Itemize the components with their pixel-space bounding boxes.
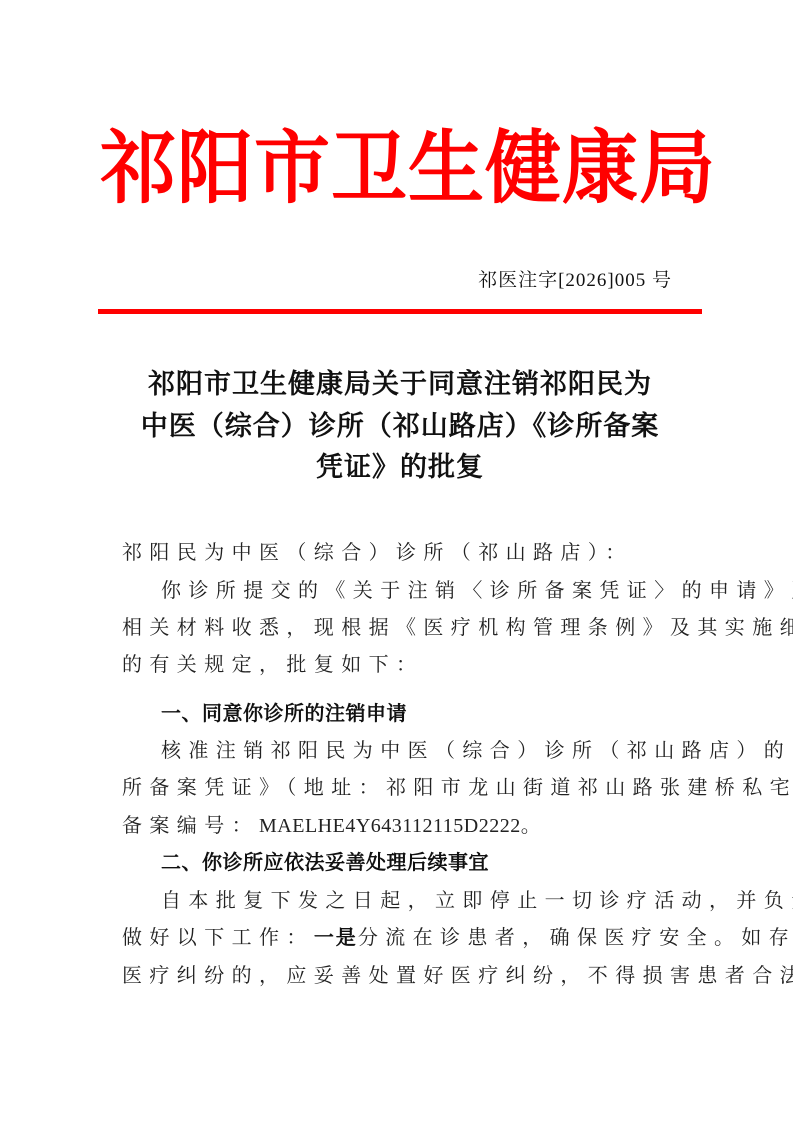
section-1-line: 所备案凭证》（地址：祁阳市龙山街道祁山路张建桥私宅），: [122, 773, 682, 801]
section-2-bold-marker: 一是: [314, 925, 358, 949]
section-2-line: 自本批复下发之日起，立即停止一切诊疗活动，并负责: [122, 886, 721, 914]
title-line: 祁阳市卫生健康局关于同意注销祁阳民为: [110, 364, 690, 406]
document-number: 祁医注字[2026]005 号: [478, 268, 672, 294]
masthead-issuer: 祁阳市卫生健康局: [100, 116, 700, 221]
record-number-label: 备案编号：: [122, 813, 259, 837]
section-2-line: 做好以下工作：一是分流在诊患者，确保医疗安全。如存在: [122, 923, 682, 951]
section-2-line: 医疗纠纷的，应妥善处置好医疗纠纷，不得损害患者合法权: [122, 961, 682, 989]
intro-line: 相关材料收悉，现根据《医疗机构管理条例》及其实施细则: [122, 613, 682, 641]
document-page: 祁阳市卫生健康局 祁医注字[2026]005 号 祁阳市卫生健康局关于同意注销祁…: [0, 0, 793, 1122]
red-divider-rule: [98, 309, 702, 314]
intro-line: 你诊所提交的《关于注销〈诊所备案凭证〉的申请》及: [122, 576, 721, 604]
title-line: 中医（综合）诊所（祁山路店）《诊所备案: [110, 406, 690, 448]
document-title: 祁阳市卫生健康局关于同意注销祁阳民为 中医（综合）诊所（祁山路店）《诊所备案 凭…: [110, 364, 690, 489]
section-2-heading: 二、你诊所应依法妥善处理后续事宜: [161, 848, 489, 876]
title-line: 凭证》的批复: [110, 447, 690, 489]
intro-line: 的有关规定，批复如下：: [122, 650, 682, 678]
section-2-suffix: 分流在诊患者，确保医疗安全。如存在: [358, 925, 793, 949]
section-2-prefix: 做好以下工作：: [122, 925, 314, 949]
record-number-value: MAELHE4Y643112115D2222: [259, 815, 521, 837]
section-1-line: 核准注销祁阳民为中医（综合）诊所（祁山路店）的《诊: [122, 736, 721, 764]
record-number-end: 。: [521, 813, 548, 837]
record-number-line: 备案编号：MAELHE4Y643112115D2222。: [122, 811, 682, 840]
salutation: 祁阳民为中医（综合）诊所（祁山路店）：: [122, 538, 682, 566]
section-1-heading: 一、同意你诊所的注销申请: [161, 699, 407, 727]
